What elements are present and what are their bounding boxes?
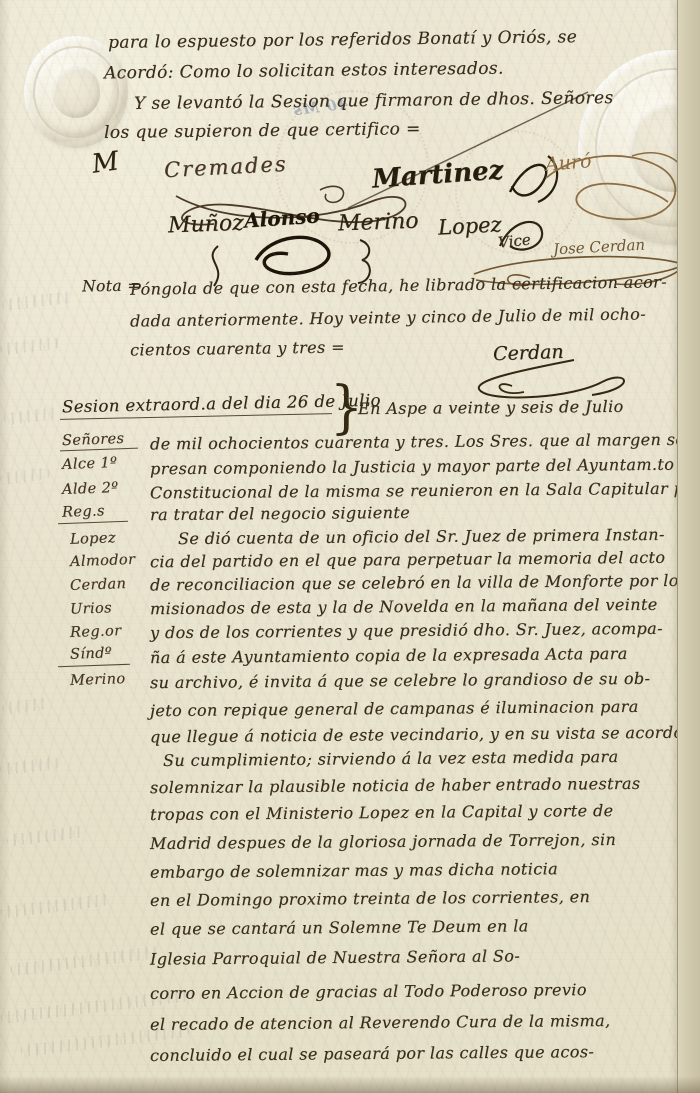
signature-cerdan-nota: Cerdan <box>493 341 564 365</box>
page-edge-right <box>677 0 700 1093</box>
body-line: en el Domingo proximo treinta de los cor… <box>150 887 590 910</box>
closing-line: los que supieron de que certifico = <box>104 119 421 143</box>
bleedthrough-writing-line <box>2 291 73 311</box>
body-line: misionados de esta y la de Novelda en la… <box>150 595 658 618</box>
bleedthrough-writing-line <box>3 407 59 426</box>
closing-line: Acordó: Como lo solicitan estos interesa… <box>104 59 504 84</box>
closing-line: Y se levantó la Sesion que firmaron de d… <box>134 88 614 114</box>
body-line: Constitucional de la misma se reunieron … <box>150 479 700 503</box>
margin-attendee: Reg.or <box>70 623 122 641</box>
margin-attendee: Reg.s <box>62 503 105 520</box>
body-line: ña á este Ayuntamiento copia de la expre… <box>150 644 628 667</box>
signature-vice: Vice <box>497 230 531 251</box>
nota-line: dada anteriormente. Hoy veinte y cinco d… <box>130 304 646 330</box>
margin-attendee: Alde 2º <box>62 480 119 498</box>
body-line: de reconciliacion que se celebró en la v… <box>150 571 700 595</box>
body-line: jeto con repique general de campanas é i… <box>150 697 639 720</box>
body-line: Su cumplimiento; sirviendo á la vez esta… <box>163 747 619 770</box>
body-line: y dos de los corrientes y que presidió d… <box>150 619 663 642</box>
nota-line: Póngola de que con esta fecha, he librad… <box>130 272 667 298</box>
body-line: Se dió cuenta de un oficio del Sr. Juez … <box>178 525 665 548</box>
margin-attendee: Cerdan <box>70 576 127 594</box>
bleedthrough-writing-line <box>10 946 160 976</box>
margin-attendee: Alce 1º <box>62 455 118 473</box>
manuscript-page: 40 Ms para lo espuesto por los referidos… <box>0 0 700 1093</box>
page-edge-left <box>0 0 10 1093</box>
closing-line: para lo espuesto por los referidos Bonat… <box>108 27 577 53</box>
body-line: Madrid despues de la gloriosa jornada de… <box>150 830 616 853</box>
margin-attendee: Síndº <box>70 645 113 662</box>
body-line: que llegue á noticia de este vecindario,… <box>150 723 689 747</box>
body-line: de mil ochocientos cuarenta y tres. Los … <box>150 430 700 454</box>
body-line: presan componiendo la Justicia y mayor p… <box>150 455 674 479</box>
margin-attendee: Merino <box>70 671 126 689</box>
body-line: corro en Accion de gracias al Todo Poder… <box>150 980 587 1003</box>
body-line: concluido el cual se paseará por las cal… <box>150 1042 594 1065</box>
margin-underline <box>58 521 128 524</box>
body-line: Iglesia Parroquial de Nuestra Señora al … <box>150 946 520 968</box>
body-line: su archivo, é invita á que se celebre lo… <box>150 669 650 692</box>
nota-line: cientos cuarenta y tres = <box>130 338 345 360</box>
bleedthrough-writing-line <box>0 893 110 918</box>
seal-core <box>52 66 100 118</box>
margin-attendee: Señores <box>62 431 125 449</box>
body-line: embargo de solemnizar mas y mas dicha no… <box>150 859 558 882</box>
signature-merino: Merino <box>338 209 419 237</box>
body-line: ra tratar del negocio siguiente <box>150 503 410 524</box>
signature-initial-m: M <box>90 146 121 179</box>
signature-cremades: Cremades <box>163 152 288 182</box>
bleedthrough-writing-line <box>6 825 87 847</box>
margin-underline <box>58 664 130 668</box>
body-line: En Aspe a veinte y seis de Julio <box>358 397 624 418</box>
margin-attendee: Almodor <box>70 552 136 570</box>
signature-jose-cerdan: Jose Cerdan <box>553 236 646 259</box>
page-edge-bottom <box>0 1076 700 1093</box>
margin-attendee: Lopez <box>70 530 116 548</box>
body-line: el recado de atencion al Reverendo Cura … <box>150 1011 611 1034</box>
margin-attendee: Urios <box>70 600 113 617</box>
body-line: cia del partido en el que para perpetuar… <box>150 548 666 571</box>
signature-munoz: Muñoz <box>168 211 245 239</box>
body-line: solemnizar la plausible noticia de haber… <box>150 774 641 797</box>
body-line: tropas con el Ministerio Lopez en la Cap… <box>150 801 614 824</box>
body-line: el que se cantará un Solemne Te Deum en … <box>150 916 529 938</box>
signature-lopez: Lopez <box>437 212 502 239</box>
signature-auro: Auró <box>544 150 592 176</box>
